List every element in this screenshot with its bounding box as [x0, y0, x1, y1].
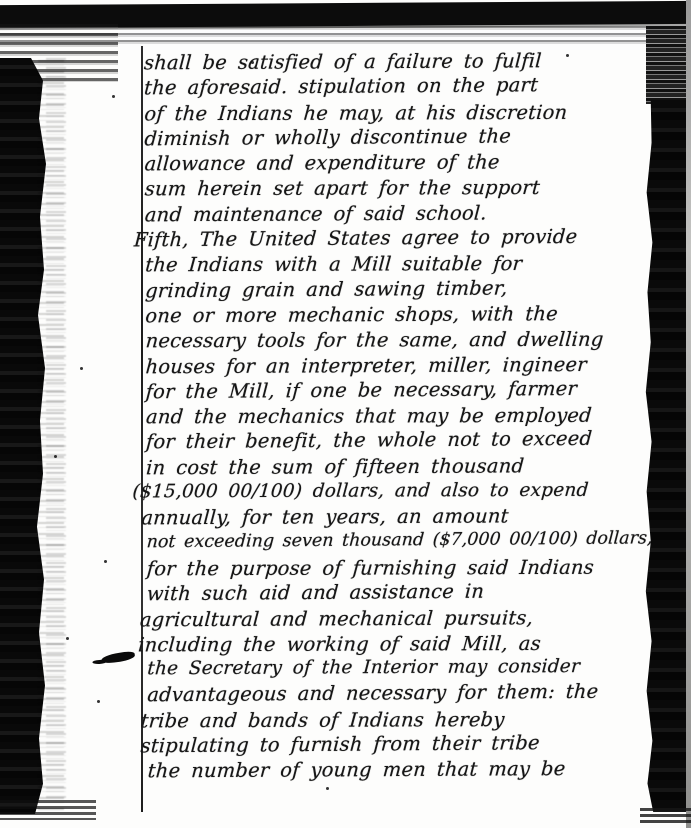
text-line: with such aid and assistance in [146, 579, 650, 608]
dust-speck [97, 700, 100, 703]
scan-streaks-bottom-left [0, 800, 96, 820]
text-line: the number of young men that may be [147, 757, 651, 785]
scan-streaks-bottom-right [640, 808, 691, 824]
handwritten-text-block: shall be satisfied of a failure to fulfi… [143, 49, 649, 785]
text-line: annually, for ten years, an amount [141, 504, 650, 532]
scan-streaks-top-right [646, 26, 691, 104]
text-line: ($15,000 00/100) dollars, and also to ex… [131, 480, 649, 507]
dust-speck [112, 95, 115, 98]
text-line: for their benefit, the whole not to exce… [145, 427, 649, 456]
text-line: not exceeding seven thousand ($7,000 00/… [146, 528, 650, 557]
text-line: in cost the sum of fifteen thousand [145, 453, 649, 481]
dust-speck [66, 637, 69, 640]
text-line: the Indians with a Mill suitable for [144, 252, 648, 279]
dust-speck [104, 560, 107, 563]
text-line: allowance and expenditure of the [144, 150, 648, 178]
scanned-document-page: shall be satisfied of a failure to fulfi… [0, 0, 691, 828]
ink-blot [101, 650, 136, 664]
dust-speck [326, 787, 329, 790]
dust-speck [54, 455, 57, 458]
text-line: sum herein set apart for the support [144, 176, 648, 203]
text-line: grinding grain and sawing timber, [144, 275, 648, 304]
page-edge-noise [46, 58, 66, 798]
text-line: stipulating to furnish from their tribe [140, 730, 651, 759]
text-line: one or more mechanic shops, with the [145, 302, 649, 330]
text-line: including the working of said Mill, as [137, 631, 650, 658]
text-line: advantageous and necessary for them: the [147, 680, 651, 709]
text-line: the aforesaid. stipulation on the part [143, 73, 647, 102]
dust-speck [80, 367, 83, 370]
text-line: necessary tools for the same, and dwelli… [145, 328, 649, 355]
text-line: agricultural and mechanical pursuits, [139, 605, 650, 633]
text-line: diminish or wholly discontinue the [144, 123, 648, 152]
text-line: for the Mill, if one be necessary, farme… [145, 376, 649, 405]
scan-edge-right [686, 0, 691, 828]
text-line: Fifth, The United States agree to provid… [133, 224, 648, 253]
scan-border-right [645, 100, 686, 812]
